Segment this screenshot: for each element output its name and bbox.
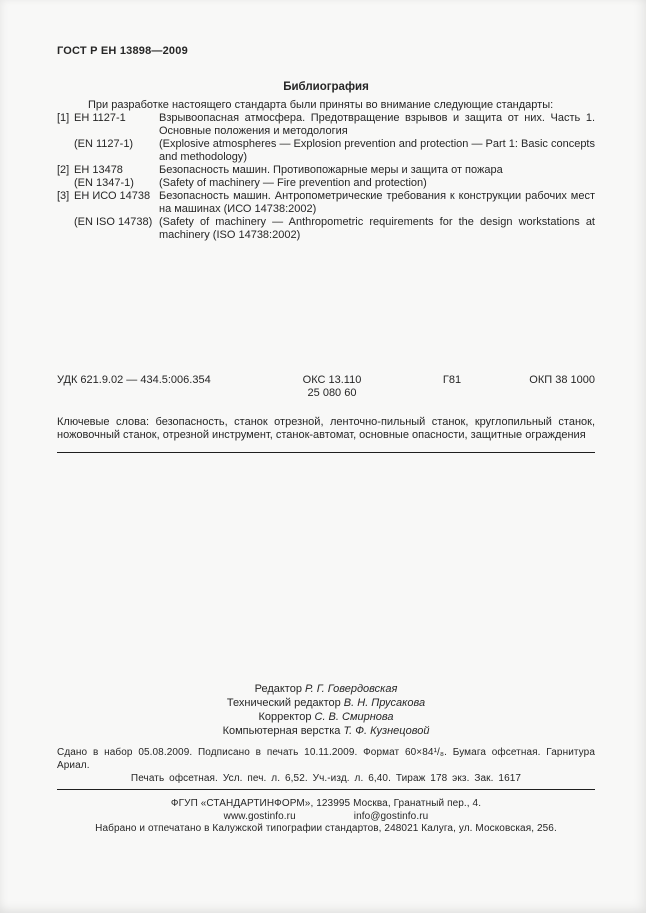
keywords-paragraph: Ключевые слова: безопасность, станок отр…: [57, 416, 595, 442]
staff-name: Р. Г. Говердовская: [305, 683, 397, 695]
publisher-website: www.gostinfo.ru: [224, 811, 296, 824]
intro-paragraph: При разработке настоящего стандарта были…: [57, 99, 595, 112]
staff-role: Компьютерная верстка: [223, 725, 341, 737]
bib-ref-number: [2]: [57, 164, 74, 177]
bib-code-en: (EN ISO 14738): [74, 216, 159, 242]
staff-name: В. Н. Прусакова: [344, 697, 425, 709]
bib-ref-spacer: [57, 216, 74, 242]
staff-line: Редактор Р. Г. Говердовская: [57, 682, 595, 696]
imprint-line2: Печать офсетная. Усл. печ. л. 6,52. Уч.-…: [57, 772, 595, 785]
oks-code-line1: ОКС 13.110: [267, 374, 397, 387]
staff-role: Редактор: [255, 683, 302, 695]
bib-ref-spacer: [57, 177, 74, 190]
udk-code: УДК 621.9.02 — 434.5:006.354: [57, 374, 267, 400]
bibliography-entry: [3] ЕН ИСО 14738 Безопасность машин. Ант…: [57, 190, 595, 242]
staff-name: С. В. Смирнова: [315, 711, 394, 723]
bib-text-ru: Взрывоопасная атмосфера. Предотвращение …: [159, 112, 595, 138]
oks-code-line2: 25 080 60: [267, 387, 397, 400]
bib-text-ru: Безопасность машин. Антропометрические т…: [159, 190, 595, 216]
horizontal-rule: [57, 452, 595, 453]
printing-house-line: Набрано и отпечатано в Калужской типогра…: [57, 823, 595, 836]
staff-line: Технический редактор В. Н. Прусакова: [57, 696, 595, 710]
bib-code-en: (EN 1127-1): [74, 138, 159, 164]
bib-text-ru: Безопасность машин. Противопожарные меры…: [159, 164, 595, 177]
bib-ref-number: [3]: [57, 190, 74, 216]
publisher-contacts: www.gostinfo.ru info@gostinfo.ru: [57, 811, 595, 824]
bibliography-list: [1] ЕН 1127-1 Взрывоопасная атмосфера. П…: [57, 112, 595, 242]
bib-text-en: (Explosive atmospheres — Explosion preve…: [159, 138, 595, 164]
classification-row: УДК 621.9.02 — 434.5:006.354 ОКС 13.110 …: [57, 374, 595, 400]
bib-code-en: (EN 1347-1): [74, 177, 159, 190]
bib-ref-number: [1]: [57, 112, 74, 138]
bib-ref-spacer: [57, 138, 74, 164]
staff-line: Компьютерная верстка Т. Ф. Кузнецовой: [57, 724, 595, 738]
publisher-address: ФГУП «СТАНДАРТИНФОРМ», 123995 Москва, Гр…: [57, 798, 595, 811]
bib-code-ru: ЕН 1127-1: [74, 112, 159, 138]
letter-index: Г81: [397, 374, 507, 400]
staff-line: Корректор С. В. Смирнова: [57, 710, 595, 724]
page-title: Библиография: [57, 80, 595, 94]
publisher-block: ФГУП «СТАНДАРТИНФОРМ», 123995 Москва, Гр…: [57, 798, 595, 836]
bib-code-ru: ЕН 13478: [74, 164, 159, 177]
publisher-email: info@gostinfo.ru: [354, 811, 429, 824]
imprint-line1: Сдано в набор 05.08.2009. Подписано в пе…: [57, 746, 595, 772]
bib-text-en: (Safety of machinery — Fire prevention a…: [159, 177, 595, 190]
bib-text-en: (Safety of machinery — Anthropometric re…: [159, 216, 595, 242]
bibliography-entry: [1] ЕН 1127-1 Взрывоопасная атмосфера. П…: [57, 112, 595, 164]
bib-code-ru: ЕН ИСО 14738: [74, 190, 159, 216]
staff-role: Технический редактор: [227, 697, 341, 709]
print-imprint-block: Сдано в набор 05.08.2009. Подписано в пе…: [57, 746, 595, 785]
oks-code: ОКС 13.110 25 080 60: [267, 374, 397, 400]
okp-code: ОКП 38 1000: [507, 374, 595, 400]
document-page: ГОСТ Р ЕН 13898—2009 Библиография При ра…: [0, 0, 646, 913]
staff-name: Т. Ф. Кузнецовой: [343, 725, 429, 737]
standard-code: ГОСТ Р ЕН 13898—2009: [57, 45, 595, 58]
editorial-staff-block: Редактор Р. Г. Говердовская Технический …: [57, 682, 595, 738]
staff-role: Корректор: [258, 711, 311, 723]
horizontal-rule: [57, 789, 595, 790]
bibliography-entry: [2] ЕН 13478 Безопасность машин. Противо…: [57, 164, 595, 190]
